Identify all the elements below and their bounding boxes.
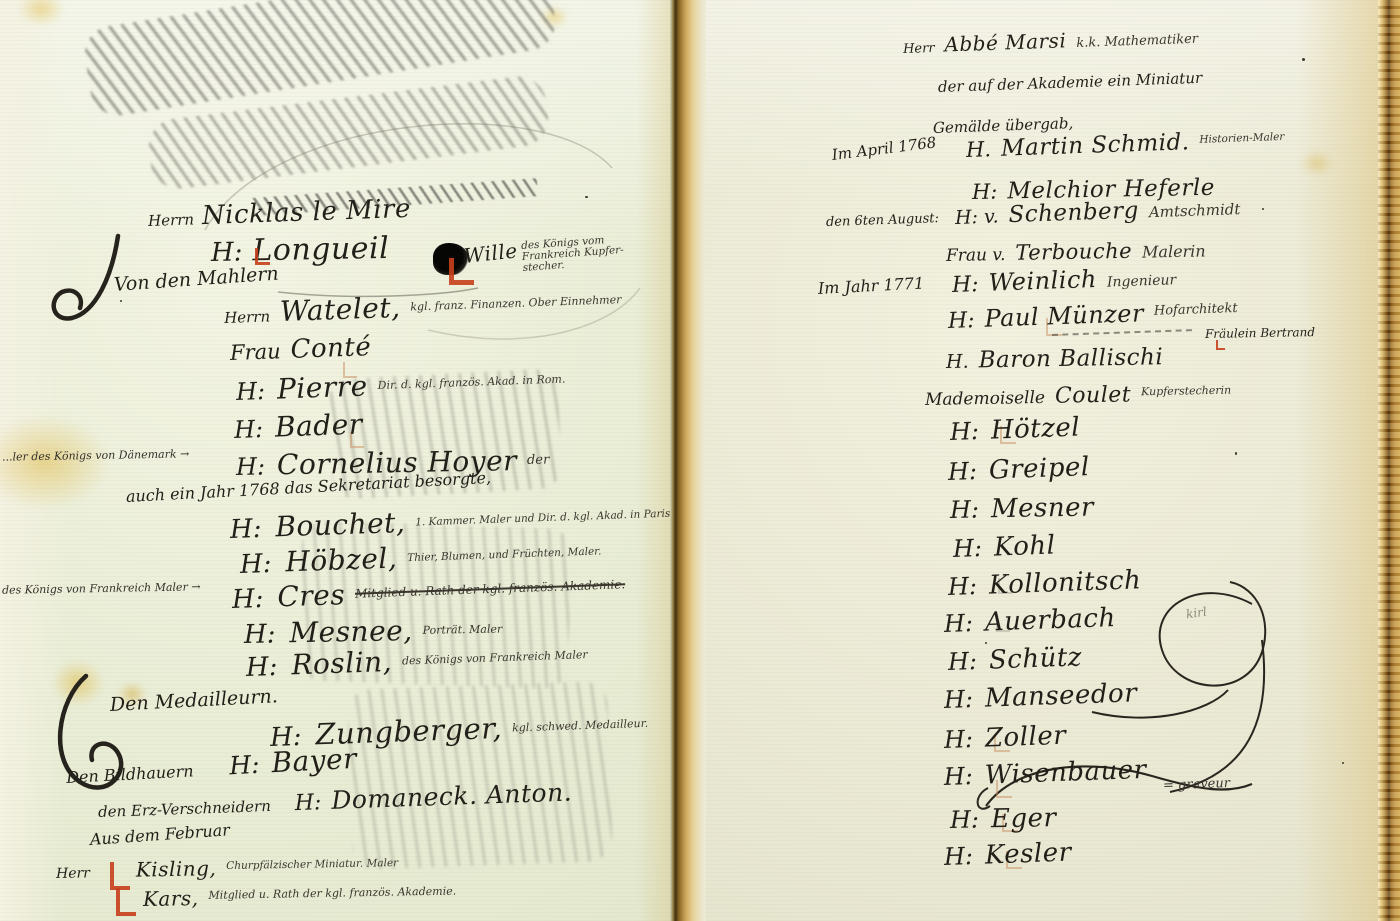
entry-annotation: Kupferstecherin [1141, 384, 1231, 399]
entry-prefix: H: [943, 762, 973, 791]
entry-prefix: Herrn [148, 210, 195, 230]
entry-auerbach: H:Auerbach [944, 605, 1117, 638]
entry-annotation: kgl. franz. Finanzen. Ober Einnehmer [410, 293, 621, 313]
entry-prefix: Frau [230, 339, 281, 365]
entry-prefix: H: [294, 790, 321, 816]
entry-name: Schenberg [1008, 198, 1139, 229]
speck [1302, 58, 1305, 61]
entry-prefix: H: [236, 452, 265, 481]
entry-prefix: Mademoiselle [925, 388, 1045, 410]
entry-prefix: Herr [56, 865, 90, 882]
entry-prefix: H. [946, 351, 969, 373]
entry-name: Kars, [143, 886, 199, 911]
entry-greipel: H:Greipel [948, 454, 1091, 486]
entry-name: Schütz [988, 642, 1082, 675]
entry-prefix: H: [952, 272, 979, 298]
manuscript-double-page: HerrnNicklas le Mire H:Longueil Wille de… [0, 0, 1400, 921]
entry-name: Zoller [984, 721, 1066, 754]
entry-prefix: H: [947, 647, 977, 676]
entry-prefix: H: [211, 237, 243, 268]
entry-name: Coulet [1055, 382, 1132, 408]
entry-ballischi: H.Baron Ballischi [946, 345, 1164, 373]
entry-prefix: H: [232, 584, 264, 615]
entry-annotation: Historien-Maler [1199, 131, 1284, 146]
entry-name: Conté [290, 332, 372, 365]
entry-prefix: Herr [903, 41, 935, 57]
entry-name: Pierre [276, 369, 368, 405]
entry-name: Manseedor [984, 678, 1137, 713]
red-check-mark [1216, 340, 1225, 350]
entry-name: Weinlich [988, 265, 1097, 297]
entry-prefix: H. [966, 137, 992, 162]
entry-prefix: H: [947, 572, 977, 601]
entry-prefix: H: [972, 180, 998, 204]
entry-annotation: Porträt. Maler [422, 622, 502, 636]
entry-kesler: H:Kesler [944, 840, 1072, 872]
entry-annotation: = graveur [1163, 776, 1230, 793]
struck-annotation: Mitglied u. Rath der kgl. französ. Akade… [355, 577, 626, 600]
entry-prefix: H: [229, 750, 261, 781]
entry-name: Wisenbauer [984, 755, 1147, 791]
insertion-text: Fräulein Bertrand [1205, 325, 1315, 341]
entry-prefix: Herrn [224, 307, 271, 327]
entry-bader: H:Bader [233, 410, 363, 444]
entry-name: Bayer [271, 742, 358, 779]
speck [585, 196, 588, 198]
entry-annotation: Hofarchitekt [1154, 301, 1238, 319]
bleed-through-text [347, 681, 613, 870]
entry-name: Kohl [993, 530, 1055, 562]
entry-annotation: Ingenieur [1107, 272, 1177, 290]
entry-prefix: H: [952, 534, 982, 563]
entry-annotation: Malerin [1142, 241, 1206, 261]
entry-annotation: Mitglied u. Rath der kgl. französ. Akade… [208, 885, 456, 902]
entry-name: Roslin, [291, 645, 393, 681]
pencil-text: kirl [1185, 605, 1207, 622]
pencil-note-kirl: kirl [1185, 605, 1207, 622]
stain [52, 660, 104, 706]
book-page-edges [1378, 0, 1400, 921]
entry-name: Cres [277, 578, 346, 613]
entry-bertrand-insertion: Fräulein Bertrand [1205, 326, 1315, 341]
book-gutter-fold [670, 0, 706, 921]
entry-prefix: H: [240, 549, 272, 580]
entry-name: Abbé Marsi [944, 28, 1067, 56]
entry-prefix: H: [236, 377, 266, 406]
entry-hoetzel: H:Hötzel [950, 414, 1081, 446]
entry-prefix: H: [943, 685, 973, 714]
entry-prefix: H: [949, 417, 979, 446]
entry-prefix: H: [943, 842, 973, 871]
entry-prefix: H: [950, 495, 979, 524]
entry-name: Auerbach [984, 603, 1116, 638]
entry-name: Mesnee, [289, 614, 413, 649]
entry-name: Kisling, [136, 856, 217, 881]
entry-name: Eger [991, 803, 1057, 834]
entry-prefix: H: [246, 652, 278, 683]
entry-name: Watelet, [279, 291, 401, 328]
entry-annotation: Amtschmidt [1149, 200, 1241, 221]
entry-annotation: 1. Kammer. Maler und Dir. d. kgl. Akad. … [415, 508, 670, 529]
entry-name: Höbzel, [285, 542, 398, 579]
entry-mesner: H:Mesner [950, 494, 1094, 524]
entry-zoller: H:Zoller [944, 723, 1067, 755]
entry-annotation: Thier, Blumen, und Früchten, Maler. [407, 545, 602, 564]
entry-prefix: H: [943, 725, 973, 754]
entry-schuetz: H:Schütz [948, 644, 1083, 676]
entry-prefix: H: [947, 457, 977, 486]
entry-prefix: H: [948, 308, 975, 334]
entry-prefix: Frau v. [946, 245, 1006, 266]
entry-annotation: des Königs von Frankreich Maler [402, 648, 588, 667]
entry-name: Bader [274, 408, 363, 444]
entry-name: Hötzel [990, 412, 1080, 445]
stain [1300, 150, 1334, 176]
speck [1262, 208, 1264, 210]
entry-prefix: H: [943, 609, 973, 638]
entry-annotation: Churpfälzischer Miniatur. Maler [226, 857, 398, 872]
entry-prefix: H: [234, 415, 264, 444]
entry-prefix: H: [230, 514, 262, 545]
entry-wille: Wille [463, 240, 519, 267]
entry-prefix: H: [950, 805, 979, 834]
speck [985, 642, 987, 644]
entry-kollonitsch: H:Kollonitsch [948, 567, 1142, 601]
entry-name: Mesner [991, 492, 1094, 524]
entry-name: Greipel [988, 452, 1090, 485]
entry-name: Kollonitsch [988, 565, 1141, 600]
entry-prefix: H: [244, 619, 276, 650]
entry-name: Terbouche [1015, 239, 1132, 265]
entry-annotation: Dir. d. kgl. französ. Akad. in Rom. [377, 373, 565, 393]
entry-prefix: H: v. [955, 205, 999, 229]
speck [1235, 452, 1237, 455]
red-bracket-mark [116, 888, 136, 916]
entry-name: Bouchet, [275, 506, 406, 544]
speck [1342, 762, 1344, 764]
speck [120, 300, 122, 302]
entry-kohl: H:Kohl [953, 532, 1056, 563]
entry-annotation: kgl. schwed. Medailleur. [512, 717, 649, 735]
entry-eger: H:Eger [950, 805, 1057, 834]
entry-suffix: der [527, 453, 549, 468]
entry-manseedor: H:Manseedor [944, 680, 1138, 714]
entry-name: Baron Ballischi [978, 344, 1163, 373]
entry-terbouche: Frau v.TerboucheMalerin [946, 238, 1206, 265]
entry-name: Kesler [984, 838, 1072, 871]
entry-longueil: H:Longueil [211, 233, 390, 268]
entry-name: Paul Münzer [984, 299, 1144, 333]
